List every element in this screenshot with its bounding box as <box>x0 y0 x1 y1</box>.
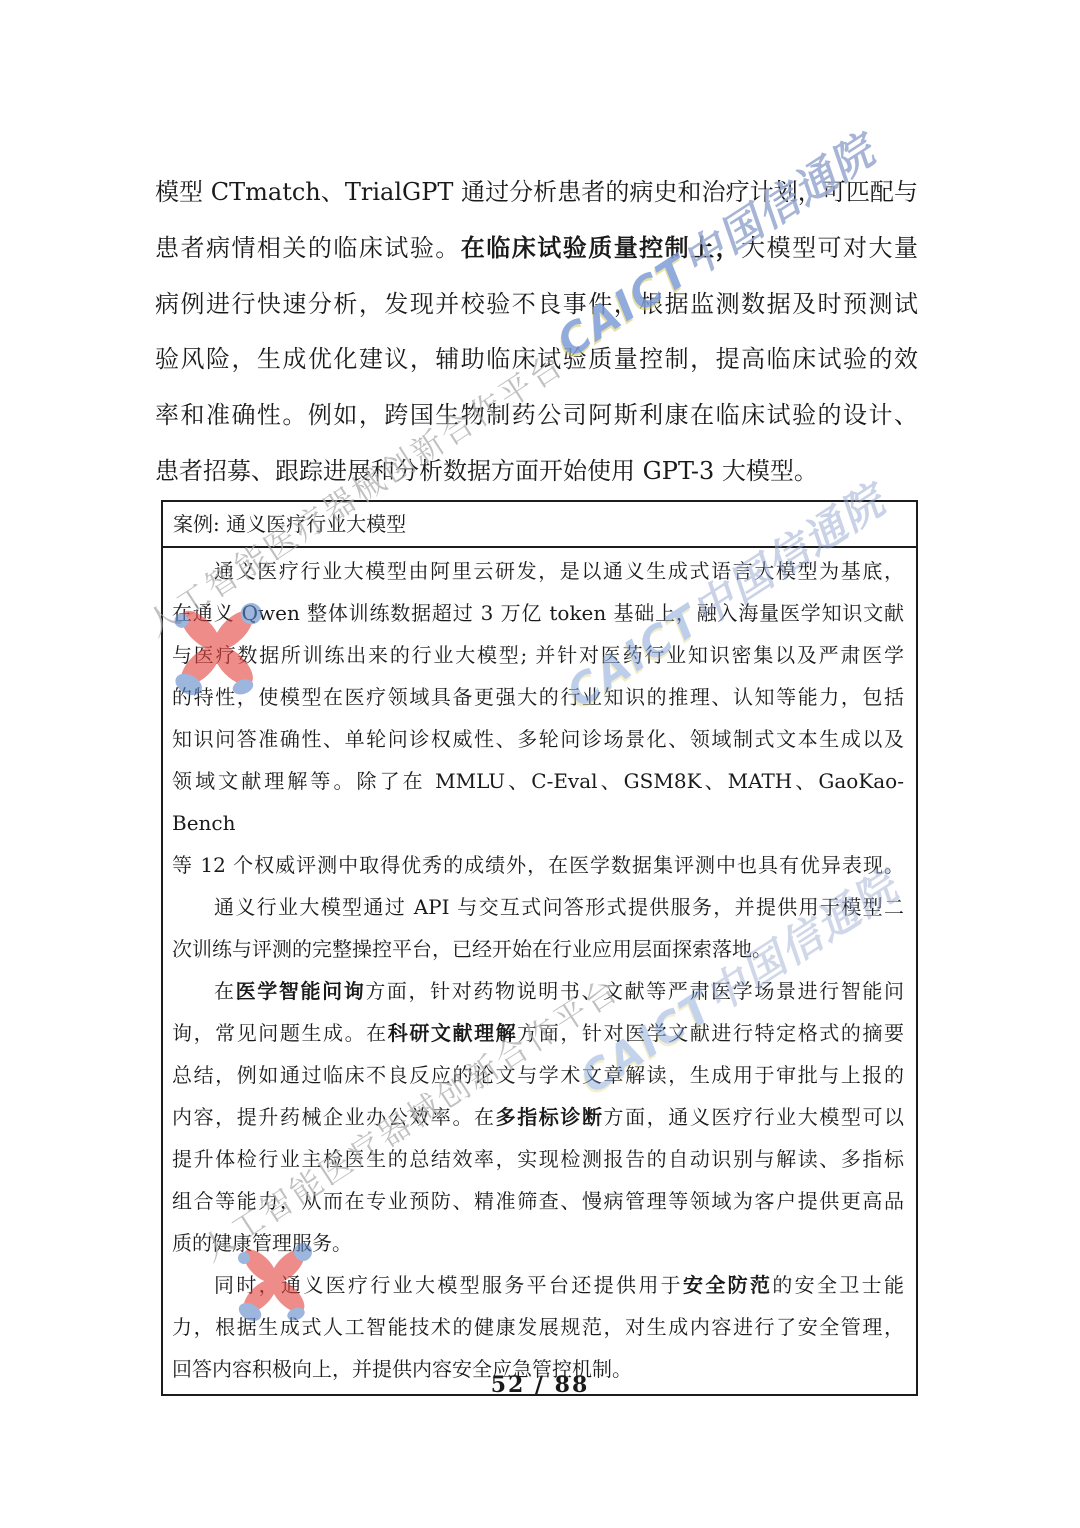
case-study-box: 案例: 通义医疗行业大模型 通义医疗行业大模型由阿里云研发，是以通义生成式语言大… <box>161 500 918 1396</box>
case-box-line: 组合等能力，从而在专业预防、精准筛查、慢病管理等领域为客户提供更高品 <box>172 1180 904 1222</box>
intro-line: 患者病情相关的临床试验。在临床试验质量控制上，大模型可对大量 <box>155 221 918 277</box>
document-page: CAICT中国信通院CAICT中国信通院CAICT中国信通院人工智能医疗器械创新… <box>0 0 1080 1528</box>
page-number: 52 / 88 <box>0 1372 1080 1398</box>
body-text: 通义行业大模型通过 API 与交互式问答形式提供服务，并提供用于模型二 <box>214 895 904 919</box>
body-text: 质的健康管理服务。 <box>172 1231 352 1255</box>
body-text: 力，根据生成式人工智能技术的健康发展规范，对生成内容进行了安全管理， <box>172 1315 904 1339</box>
case-box-line: 与医疗数据所训练出来的行业大模型; 并针对医药行业知识密集以及严肃医学 <box>172 634 904 676</box>
body-text: 询，常见问题生成。在 <box>172 1021 388 1045</box>
body-text: 通义医疗行业大模型由阿里云研发，是以通义生成式语言大模型为基底， <box>214 559 904 583</box>
case-box-line: 的特性，使模型在医疗领域具备更强大的行业知识的推理、认知等能力，包括 <box>172 676 904 718</box>
emphasis-text: 在临床试验质量控制上， <box>461 234 741 262</box>
body-text: 内容，提升药械企业办公效率。在 <box>172 1105 496 1129</box>
case-box-line: 领域文献理解等。除了在 MMLU、C-Eval、GSM8K、MATH、GaoKa… <box>172 760 904 844</box>
case-box-line: 次训练与评测的完整操控平台，已经开始在行业应用层面探索落地。 <box>172 928 904 970</box>
body-text: 知识问答准确性、单轮问诊权威性、多轮问诊场景化、领域制式文本生成以及 <box>172 727 904 751</box>
body-text: 的安全卫士能 <box>772 1273 904 1297</box>
case-box-line: 通义医疗行业大模型由阿里云研发，是以通义生成式语言大模型为基底， <box>172 550 904 592</box>
body-text: 方面，针对医学文献进行特定格式的摘要 <box>517 1021 904 1045</box>
body-text: 等 12 个权威评测中取得优秀的成绩外，在医学数据集评测中也具有优异表现。 <box>172 853 904 877</box>
body-text: 方面，针对药物说明书、文献等严肃医学场景进行智能问 <box>365 979 904 1003</box>
emphasis-text: 医学智能问询 <box>236 979 366 1003</box>
body-text: 模型 CTmatch、TrialGPT 通过分析患者的病史和治疗计划，可匹配与 <box>155 178 918 206</box>
case-box-line: 通义行业大模型通过 API 与交互式问答形式提供服务，并提供用于模型二 <box>172 886 904 928</box>
body-text: 大模型可对大量 <box>741 234 918 262</box>
body-text: 提升体检行业主检医生的总结效率，实现检测报告的自动识别与解读、多指标 <box>172 1147 904 1171</box>
case-box-line: 质的健康管理服务。 <box>172 1222 904 1264</box>
body-text: 患者病情相关的临床试验。 <box>155 234 461 262</box>
intro-line: 模型 CTmatch、TrialGPT 通过分析患者的病史和治疗计划，可匹配与 <box>155 165 918 221</box>
body-text: 总结，例如通过临床不良反应的论文与学术文章解读，生成用于审批与上报的 <box>172 1063 904 1087</box>
body-text: 同时，通义医疗行业大模型服务平台还提供用于 <box>214 1273 683 1297</box>
case-box-line: 知识问答准确性、单轮问诊权威性、多轮问诊场景化、领域制式文本生成以及 <box>172 718 904 760</box>
body-text: 验风险，生成优化建议，辅助临床试验质量控制，提高临床试验的效 <box>155 345 918 373</box>
intro-paragraph: 模型 CTmatch、TrialGPT 通过分析患者的病史和治疗计划，可匹配与患… <box>155 165 918 500</box>
emphasis-text: 多指标诊断 <box>496 1105 604 1129</box>
case-box-line: 总结，例如通过临床不良反应的论文与学术文章解读，生成用于审批与上报的 <box>172 1054 904 1096</box>
case-box-line: 同时，通义医疗行业大模型服务平台还提供用于安全防范的安全卫士能 <box>172 1264 904 1306</box>
case-box-body: 通义医疗行业大模型由阿里云研发，是以通义生成式语言大模型为基底，在通义 Qwen… <box>163 548 916 1394</box>
case-box-title: 案例: 通义医疗行业大模型 <box>163 502 916 548</box>
case-box-line: 询，常见问题生成。在科研文献理解方面，针对医学文献进行特定格式的摘要 <box>172 1012 904 1054</box>
body-text: 在通义 Qwen 整体训练数据超过 3 万亿 token 基础上，融入海量医学知… <box>172 601 904 625</box>
case-box-line: 力，根据生成式人工智能技术的健康发展规范，对生成内容进行了安全管理， <box>172 1306 904 1348</box>
body-text: 次训练与评测的完整操控平台，已经开始在行业应用层面探索落地。 <box>172 937 772 961</box>
emphasis-text: 安全防范 <box>683 1273 772 1297</box>
case-box-line: 在通义 Qwen 整体训练数据超过 3 万亿 token 基础上，融入海量医学知… <box>172 592 904 634</box>
body-text: 患者招募、跟踪进展和分析数据方面开始使用 GPT-3 大模型。 <box>155 457 818 485</box>
case-box-line: 在医学智能问询方面，针对药物说明书、文献等严肃医学场景进行智能问 <box>172 970 904 1012</box>
body-text: 组合等能力，从而在专业预防、精准筛查、慢病管理等领域为客户提供更高品 <box>172 1189 904 1213</box>
intro-line: 患者招募、跟踪进展和分析数据方面开始使用 GPT-3 大模型。 <box>155 444 918 500</box>
case-box-line: 等 12 个权威评测中取得优秀的成绩外，在医学数据集评测中也具有优异表现。 <box>172 844 904 886</box>
body-text: 方面，通义医疗行业大模型可以 <box>604 1105 905 1129</box>
case-box-line: 提升体检行业主检医生的总结效率，实现检测报告的自动识别与解读、多指标 <box>172 1138 904 1180</box>
body-text: 病例进行快速分析，发现并校验不良事件，根据监测数据及时预测试 <box>155 290 918 318</box>
body-text: 在 <box>214 979 236 1003</box>
body-text: 领域文献理解等。除了在 MMLU、C-Eval、GSM8K、MATH、GaoKa… <box>172 769 904 835</box>
intro-line: 病例进行快速分析，发现并校验不良事件，根据监测数据及时预测试 <box>155 277 918 333</box>
body-text: 的特性，使模型在医疗领域具备更强大的行业知识的推理、认知等能力，包括 <box>172 685 904 709</box>
body-text: 与医疗数据所训练出来的行业大模型; 并针对医药行业知识密集以及严肃医学 <box>172 643 904 667</box>
intro-line: 验风险，生成优化建议，辅助临床试验质量控制，提高临床试验的效 <box>155 332 918 388</box>
case-box-line: 内容，提升药械企业办公效率。在多指标诊断方面，通义医疗行业大模型可以 <box>172 1096 904 1138</box>
body-text: 率和准确性。例如，跨国生物制药公司阿斯利康在临床试验的设计、 <box>155 401 918 429</box>
intro-line: 率和准确性。例如，跨国生物制药公司阿斯利康在临床试验的设计、 <box>155 388 918 444</box>
emphasis-text: 科研文献理解 <box>388 1021 517 1045</box>
